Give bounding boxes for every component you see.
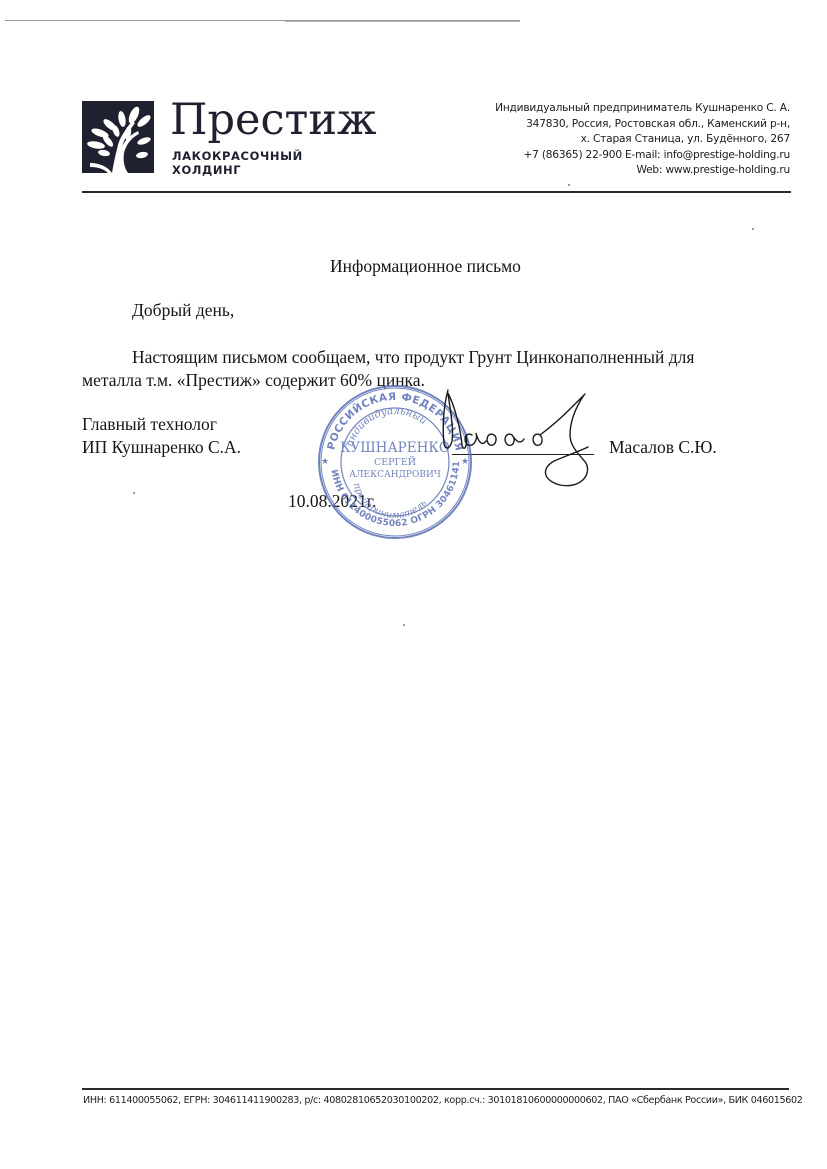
brand-subtitle-line2: ХОЛДИНГ: [172, 163, 241, 177]
scan-speck: [752, 228, 754, 230]
footer-divider: [82, 1088, 789, 1090]
contact-website: Web: www.prestige-holding.ru: [495, 163, 790, 179]
scan-speck: [403, 624, 405, 626]
letter-greeting: Добрый день,: [132, 298, 234, 322]
scan-speck: [133, 492, 135, 494]
scan-edge-line: [285, 21, 520, 22]
contact-block: Индивидуальный предприниматель Кушнаренк…: [495, 101, 790, 179]
signer-organization: ИП Кушнаренко С.А.: [82, 435, 241, 459]
contact-address-line2: х. Старая Станица, ул. Будённого, 267: [495, 132, 790, 148]
footer-requisites: ИНН: 611400055062, ЕГРН: 304611411900283…: [83, 1095, 803, 1106]
letter-title: Информационное письмо: [330, 254, 521, 278]
signer-position: Главный технолог: [82, 412, 217, 436]
contact-owner: Индивидуальный предприниматель Кушнаренк…: [495, 101, 790, 117]
brand-name: Престиж: [170, 94, 377, 146]
stamp-firstname: СЕРГЕЙ: [374, 456, 416, 468]
signer-name: Масалов С.Ю.: [609, 435, 717, 459]
letter-paragraph-line1: Настоящим письмом сообщаем, что продукт …: [132, 345, 694, 369]
header-divider: [82, 191, 791, 193]
tree-logo-icon: [82, 101, 154, 173]
brand-subtitle-line1: ЛАКОКРАСОЧНЫЙ: [172, 149, 303, 163]
contact-phone-email: +7 (86365) 22-900 E-mail: info@prestige-…: [495, 148, 790, 164]
handwritten-signature: [420, 385, 620, 495]
contact-address-line1: 347830, Россия, Ростовская обл., Каменск…: [495, 117, 790, 133]
scan-speck: [568, 184, 570, 186]
svg-text:★: ★: [321, 456, 329, 466]
